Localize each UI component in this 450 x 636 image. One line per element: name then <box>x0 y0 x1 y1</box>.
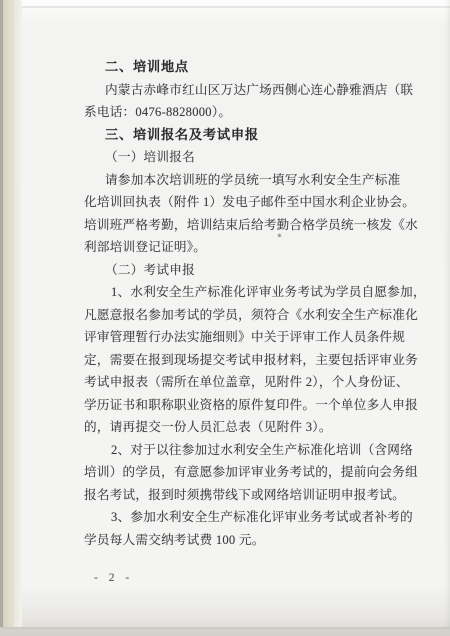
scan-bottom-shadow <box>0 627 450 636</box>
doc-line: 学员每人需交纳考试费 100 元。 <box>84 529 414 552</box>
doc-line: 凡愿意报名参加考试的学员，须符合《水利安全生产标准化 <box>84 304 414 327</box>
doc-line: 请参加本次培训班的学员统一填写水利安全生产标准 <box>84 169 414 192</box>
doc-line: 评审管理暂行办法实施细则》中关于评审工作人员条件规 <box>84 326 414 349</box>
doc-line: 的，请再提交一份人员汇总表（见附件 3）。 <box>84 416 414 439</box>
doc-line: 定，需要在报到现场提交考试申报材料，主要包括评审业务 <box>84 349 414 372</box>
document-body: 二、培训地点 内蒙古赤峰市红山区万达广场西侧心连心静雅酒店（联 系电话：0476… <box>84 56 414 551</box>
doc-line: 考试申报表（需所在单位盖章，见附件 2），个人身份证、 <box>84 371 414 394</box>
doc-line-item-2: 2、对于以往参加过水利安全生产标准化培训（含网络 <box>84 439 414 462</box>
scan-top-crease <box>0 6 450 8</box>
section-heading-registration-and-exam: 三、培训报名及考试申报 <box>84 124 414 147</box>
doc-line: 培训）的学员，有意愿参加评审业务考试的，提前向会务组 <box>84 461 414 484</box>
section-heading-training-location: 二、培训地点 <box>84 56 414 79</box>
doc-line: 报名考试，报到时须携带线下或网络培训证明申报考试。 <box>84 484 414 507</box>
doc-line: 系电话：0476-8828000）。 <box>84 101 414 124</box>
doc-line: 内蒙古赤峰市红山区万达广场西侧心连心静雅酒店（联 <box>84 79 414 102</box>
doc-line: 化培训回执表（附件 1）发电子邮件至中国水利企业协会。 <box>84 191 414 214</box>
doc-line: 培训班严格考勤，培训结束后给考勤合格学员统一核发《水 <box>84 214 414 237</box>
scan-left-binding-strip <box>3 0 14 628</box>
doc-line: 学历证书和职称职业资格的原件复印件。一个单位多人申报 <box>84 394 414 417</box>
scan-left-shadow <box>14 0 22 628</box>
doc-line: 利部培训登记证明》。 <box>84 236 414 259</box>
doc-line-item-3: 3、参加水利安全生产标准化评审业务考试或者补考的 <box>84 506 414 529</box>
scan-left-edge <box>0 0 3 636</box>
subsection-heading-exam-application: （二）考试申报 <box>84 259 414 282</box>
subsection-heading-training-registration: （一）培训报名 <box>84 146 414 169</box>
doc-line-item-1: 1、水利安全生产标准化评审业务考试为学员自愿参加， <box>84 281 414 304</box>
page-number: - 2 - <box>94 572 133 584</box>
scanned-page: 二、培训地点 内蒙古赤峰市红山区万达广场西侧心连心静雅酒店（联 系电话：0476… <box>0 0 450 636</box>
scan-speck <box>278 234 281 237</box>
scan-right-edge <box>444 0 450 636</box>
